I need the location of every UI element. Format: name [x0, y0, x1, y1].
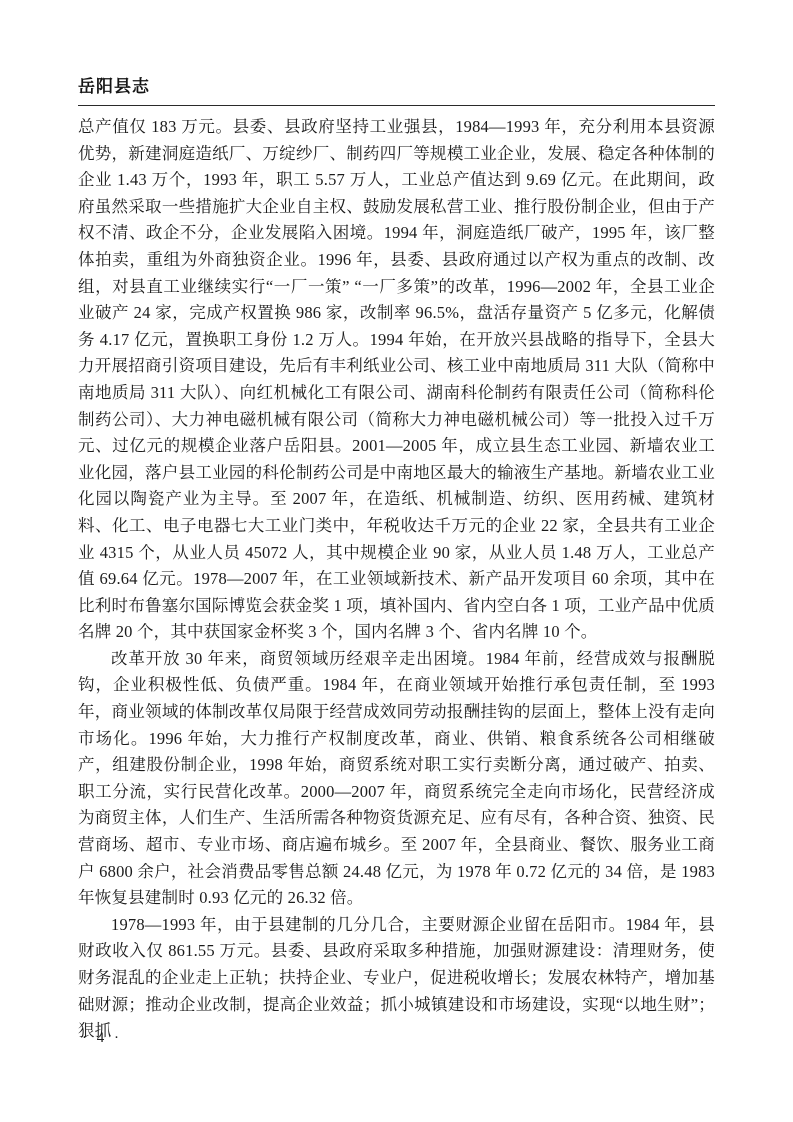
paragraph: 总产值仅 183 万元。县委、县政府坚持工业强县，1984—1993 年，充分利…	[78, 114, 715, 646]
book-page: 岳阳县志 总产值仅 183 万元。县委、县政府坚持工业强县，1984—1993 …	[0, 0, 793, 1122]
page-footer: · 4 ·	[82, 1030, 122, 1047]
page-number: · 4 ·	[82, 1030, 122, 1046]
header-title: 岳阳县志	[78, 72, 150, 97]
paragraph: 1978—1993 年，由于县建制的几分几合，主要财源企业留在岳阳市。1984 …	[78, 912, 715, 1045]
paragraph: 改革开放 30 年来，商贸领域历经艰辛走出困境。1984 年前，经营成效与报酬脱…	[78, 646, 715, 912]
running-header: 岳阳县志	[78, 72, 715, 114]
header-rule	[78, 105, 715, 106]
body-text: 总产值仅 183 万元。县委、县政府坚持工业强县，1984—1993 年，充分利…	[78, 114, 715, 1045]
